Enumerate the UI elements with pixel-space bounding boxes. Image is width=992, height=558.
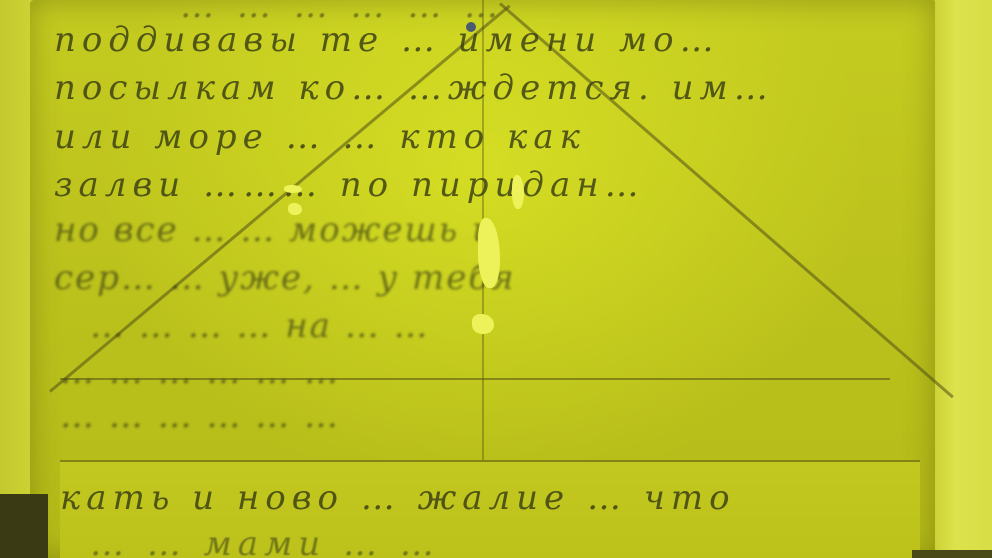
- paper-hole: [478, 218, 500, 288]
- handwriting-line: … … … … … …: [60, 396, 340, 436]
- handwriting-line: но все … … можешь и: [54, 210, 496, 250]
- backdrop-right-edge: [930, 0, 992, 558]
- paper-hole: [472, 314, 494, 334]
- dark-background-corner: [0, 494, 48, 558]
- paper-hole: [288, 203, 302, 215]
- handwriting-line: … … мами … …: [90, 524, 440, 558]
- handwriting-line: или море … … кто как: [54, 117, 586, 157]
- handwriting-line: посылкам ко… …ждется. им…: [54, 68, 774, 108]
- dark-background-edge: [912, 550, 992, 558]
- handwriting-line: сер… … уже, … у тебя: [54, 258, 516, 298]
- paper-hole: [284, 185, 302, 193]
- handwriting-line: кать и ново … жалие … что: [60, 478, 736, 518]
- handwriting-line: … … … … на … …: [90, 306, 430, 346]
- handwriting-line: … … … … … …: [60, 352, 340, 392]
- letter-bottom-flap: кать и ново … жалие … что … … мами … …: [60, 460, 920, 558]
- paper-hole: [512, 175, 524, 209]
- handwriting-line: поддивавы те … имени мо…: [54, 20, 720, 60]
- ink-blot: [466, 22, 476, 32]
- handwriting-line: залви ……… по пиридан…: [54, 165, 645, 205]
